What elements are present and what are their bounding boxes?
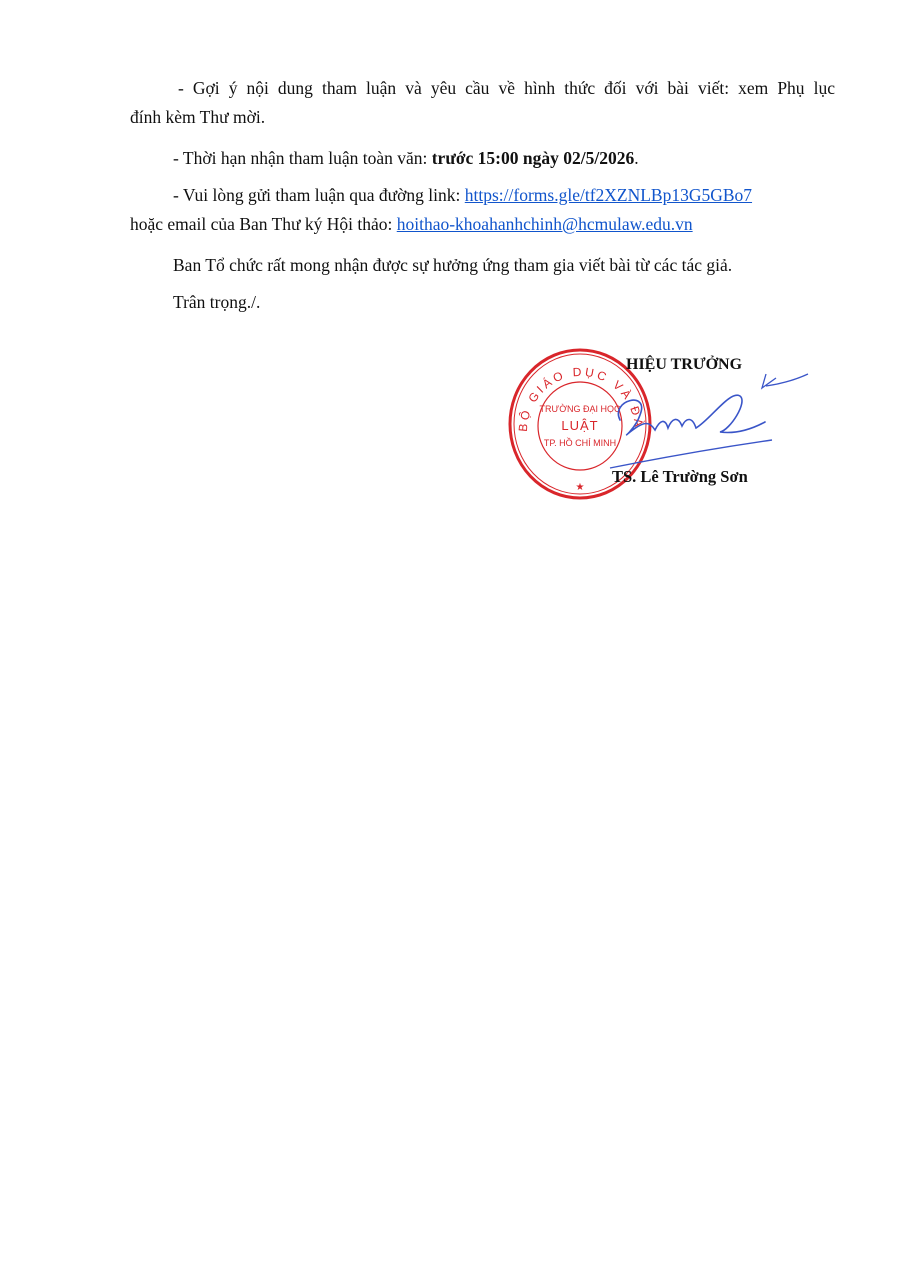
email-link[interactable]: hoithao-khoahanhchinh@hcmulaw.edu.vn xyxy=(397,214,693,234)
svg-text:★: ★ xyxy=(576,482,585,493)
form-link[interactable]: https://forms.gle/tf2XZNLBp13G5GBo7 xyxy=(465,185,752,205)
deadline-label: - Thời hạn nhận tham luận toàn văn: xyxy=(173,148,432,168)
paragraph-text: - Gợi ý nội dung tham luận và yêu cầu về… xyxy=(130,78,835,98)
closing-text: Trân trọng./. xyxy=(173,291,260,313)
paragraph-suggestion-line1: - Gợi ý nội dung tham luận và yêu cầu về… xyxy=(130,77,835,99)
svg-text:LUẬT: LUẬT xyxy=(561,418,598,433)
paragraph-submit-line2: hoặc email của Ban Thư ký Hội thảo: hoit… xyxy=(130,213,693,235)
email-label: hoặc email của Ban Thư ký Hội thảo: xyxy=(130,214,397,234)
deadline-suffix: . xyxy=(634,148,638,168)
svg-text:TP. HỒ CHÍ MINH: TP. HỒ CHÍ MINH xyxy=(544,437,616,448)
document-page: - Gợi ý nội dung tham luận và yêu cầu về… xyxy=(0,0,905,1280)
paragraph-suggestion-line2: đính kèm Thư mời. xyxy=(130,106,265,128)
svg-text:TRƯỜNG ĐẠI HỌC: TRƯỜNG ĐẠI HỌC xyxy=(540,404,621,414)
paragraph-deadline: - Thời hạn nhận tham luận toàn văn: trướ… xyxy=(173,147,639,169)
signatory-title: HIỆU TRƯỞNG xyxy=(626,356,742,374)
submit-label: - Vui lòng gửi tham luận qua đường link: xyxy=(173,185,465,205)
paragraph-invitation: Ban Tổ chức rất mong nhận được sự hưởng … xyxy=(173,254,732,276)
deadline-value: trước 15:00 ngày 02/5/2026 xyxy=(432,148,634,168)
signatory-name: TS. Lê Trường Sơn xyxy=(612,467,748,487)
paragraph-submit-line1: - Vui lòng gửi tham luận qua đường link:… xyxy=(173,184,752,206)
